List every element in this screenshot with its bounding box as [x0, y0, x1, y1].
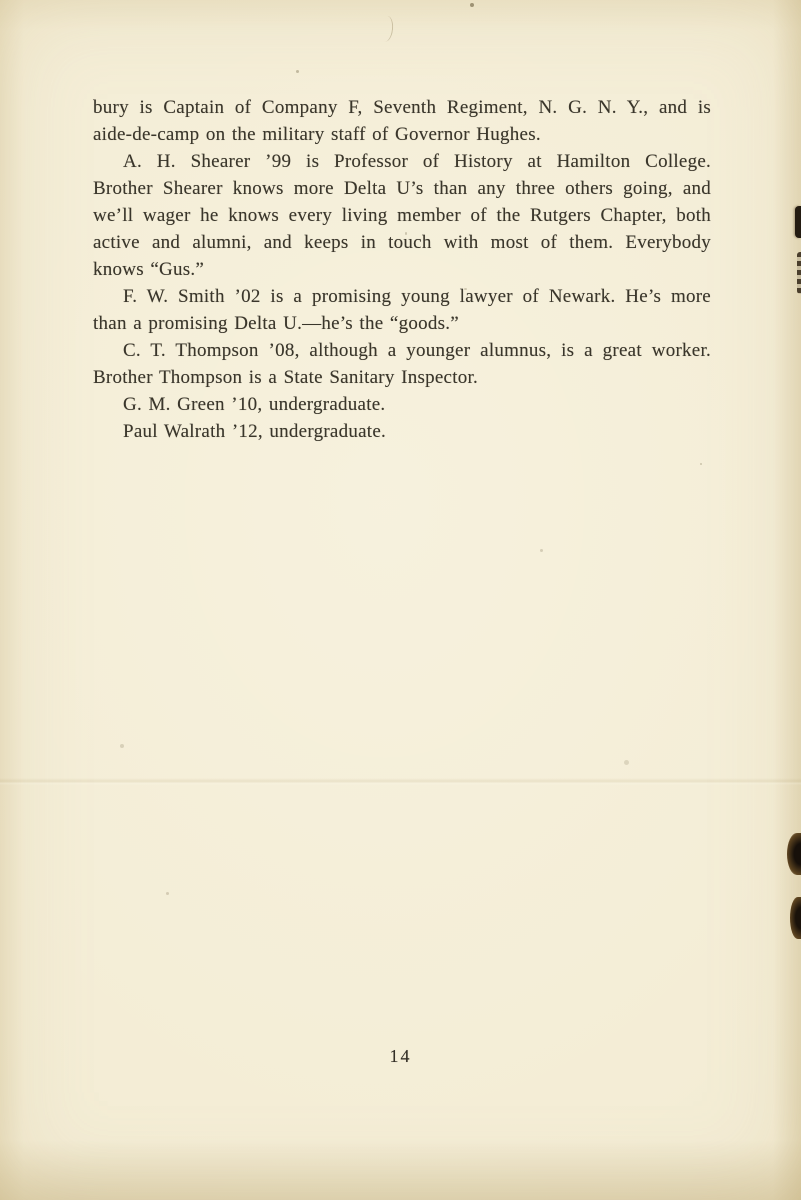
paper-speck	[296, 70, 299, 73]
text-line: aide-de-camp on the military staff of Go…	[93, 121, 711, 148]
text-line: A. H. Shearer ’99 is Professor of Histor…	[93, 148, 711, 175]
text-line: bury is Captain of Company F, Seventh Re…	[93, 94, 711, 121]
text-line: F. W. Smith ’02 is a promising young law…	[93, 283, 711, 310]
paper-speck	[166, 892, 169, 895]
text-line: Brother Thompson is a State Sanitary Ins…	[93, 364, 711, 391]
paper-speck	[464, 288, 467, 290]
text-line: C. T. Thompson ’08, although a younger a…	[93, 337, 711, 364]
paper-speck	[405, 232, 407, 235]
text-line: G. M. Green ’10, undergraduate.	[93, 391, 711, 418]
scan-artifact-edge-mark	[795, 206, 801, 238]
paper-mark	[382, 16, 395, 43]
text-line: Paul Walrath ’12, undergraduate.	[93, 418, 711, 445]
paper-speck	[470, 3, 474, 7]
text-line: Brother Shearer knows more Delta U’s tha…	[93, 175, 711, 202]
paper-speck	[700, 463, 702, 465]
scan-artifact-edge-mark	[797, 252, 801, 294]
body-text: bury is Captain of Company F, Seventh Re…	[93, 94, 711, 445]
paper-speck	[540, 549, 543, 552]
text-line: than a promising Delta U.—he’s the “good…	[93, 310, 711, 337]
page-number: 14	[0, 1046, 801, 1067]
paper-speck	[120, 744, 124, 748]
scan-artifact-edge-blob	[790, 897, 801, 939]
paper-speck	[624, 760, 629, 765]
paper-crease	[0, 778, 801, 785]
text-line: active and alumni, and keeps in touch wi…	[93, 229, 711, 256]
text-line: knows “Gus.”	[93, 256, 711, 283]
scan-artifact-edge-blob	[787, 833, 801, 875]
text-line: we’ll wager he knows every living member…	[93, 202, 711, 229]
scanned-page: bury is Captain of Company F, Seventh Re…	[0, 0, 801, 1200]
